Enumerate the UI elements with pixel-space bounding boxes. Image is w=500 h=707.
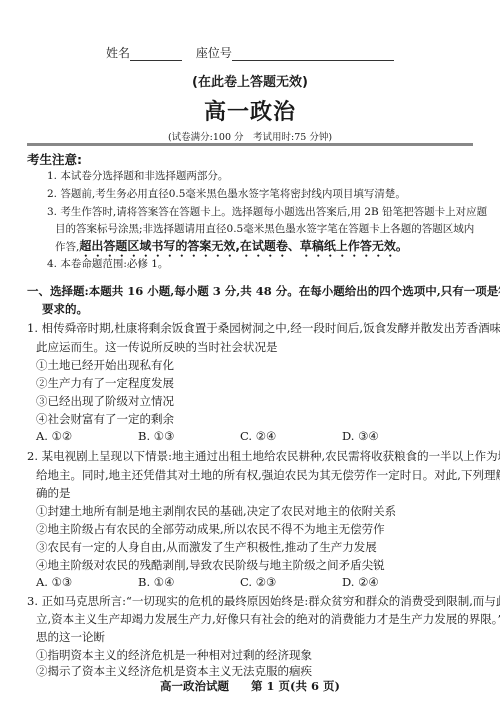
question-1-choice-d[interactable]: D. ③④ [342,429,379,443]
name-label: 姓名 [106,46,130,60]
question-2-stem-continued: 给地主。同时,地主还凭借其对土地的所有权,强迫农民为其无偿劳作一定时日。对此,下… [36,467,500,483]
question-3-stem: 3. 正如马克思所言:“一切现实的危机的最终原因始终是:群众贫穷和群众的消费受到… [27,593,500,609]
question-1-statement: ④社会财富有了一定的剩余 [36,411,174,427]
page-footer: 高一政治试题第 1 页(共 6 页) [0,678,500,694]
question-3-statement: ②揭示了资本主义经济危机是资本主义无法克服的痼疾 [36,663,312,679]
question-2-statement: ②地主阶级占有农民的全部劳动成果,所以农民不得不为地主无偿劳作 [36,521,385,537]
question-2-stem: 2. 某电视剧上呈现以下情景:地主通过出租土地给农民耕种,农民需将收获粮食的一半… [27,448,500,464]
question-2-stem-continued: 确的是 [36,485,71,501]
question-2-choice-a[interactable]: A. ①③ [36,575,72,589]
question-1-choice-c[interactable]: C. ②④ [240,429,276,443]
question-1-statement: ③已经出现了阶级对立情况 [36,393,174,409]
question-3-stem-continued: 立,资本主义生产却竭力发展生产力,好像只有社会的绝对的消费能力才是生产力发展的界… [36,611,500,627]
name-blank [130,48,182,61]
section-heading: 一、选择题:本题共 16 小题,每小题 3 分,共 48 分。在每小题给出的四个… [27,283,500,299]
exam-title: 高一政治 [0,95,500,126]
question-2-statement: ①封建土地所有制是地主剥削农民的基础,决定了农民对地主的依附关系 [36,503,396,519]
question-1-statement: ②生产力有了一定程度发展 [36,375,174,391]
notice-heading: 考生注意: [27,150,82,168]
question-1-choice-b[interactable]: B. ①③ [138,429,174,443]
question-1-stem: 1. 相传舜帝时期,杜康将剩余饭食置于桑园树洞之中,经一段时间后,饭食发酵并散发… [27,320,500,336]
footer-paper-name: 高一政治试题 [160,679,229,693]
question-3-stem-continued: 思的这一论断 [36,629,105,645]
seat-label: 座位号 [196,46,232,60]
notice-item: 3. 考生作答时,请将答案答在答题卡上。选择题每小题选出答案后,用 2B 铅笔把… [47,204,487,219]
notice-item: 2. 答题前,考生务必用直径0.5毫米黑色墨水签字笔将密封线内项目填写清楚。 [47,186,406,201]
question-1-statement: ①土地已经开始出现私有化 [36,357,174,373]
invalid-notice: (在此卷上答题无效) [0,71,500,90]
question-1-choice-a[interactable]: A. ①② [36,429,72,443]
notice-prefix: 作答, [55,241,79,253]
question-2-statement: ③农民有一定的人身自由,从而激发了生产积极性,推动了生产力发展 [36,539,377,555]
name-seat-row: 姓名 座位号 [106,44,394,61]
footer-page-info: 第 1 页(共 6 页) [251,679,340,693]
question-3-statement: ①指明资本主义的经济危机是一种相对过剩的经济现象 [36,647,312,663]
question-2-choice-c[interactable]: C. ②③ [240,575,276,589]
question-1-stem-continued: 此应运而生。这一传说所反映的当时社会状况是 [36,339,278,355]
exam-subtitle: (试卷满分:100 分 考试用时:75 分钟) [0,129,500,143]
notice-item: 4. 本卷命题范围:必修 1。 [47,256,168,271]
question-2-choice-b[interactable]: B. ①④ [138,575,174,589]
header-divider [27,143,473,146]
emphasized-warning: 超出答题区域书写的答案无效,在试题卷、草稿纸上作答无效。 [79,239,408,253]
question-2-choice-d[interactable]: D. ②④ [342,575,379,589]
seat-blank [232,48,394,61]
notice-item-continued: 目的答案标号涂黑;非选择题请用直径0.5毫米黑色墨水签字笔在答题卡上各题的答题区… [55,221,474,236]
notice-item: 1. 本试卷分选择题和非选择题两部分。 [47,168,228,183]
question-2-statement: ④地主阶级对农民的残酷剥削,导致农民阶级与地主阶级之间矛盾尖锐 [36,557,385,573]
section-heading-continued: 要求的。 [42,301,88,317]
